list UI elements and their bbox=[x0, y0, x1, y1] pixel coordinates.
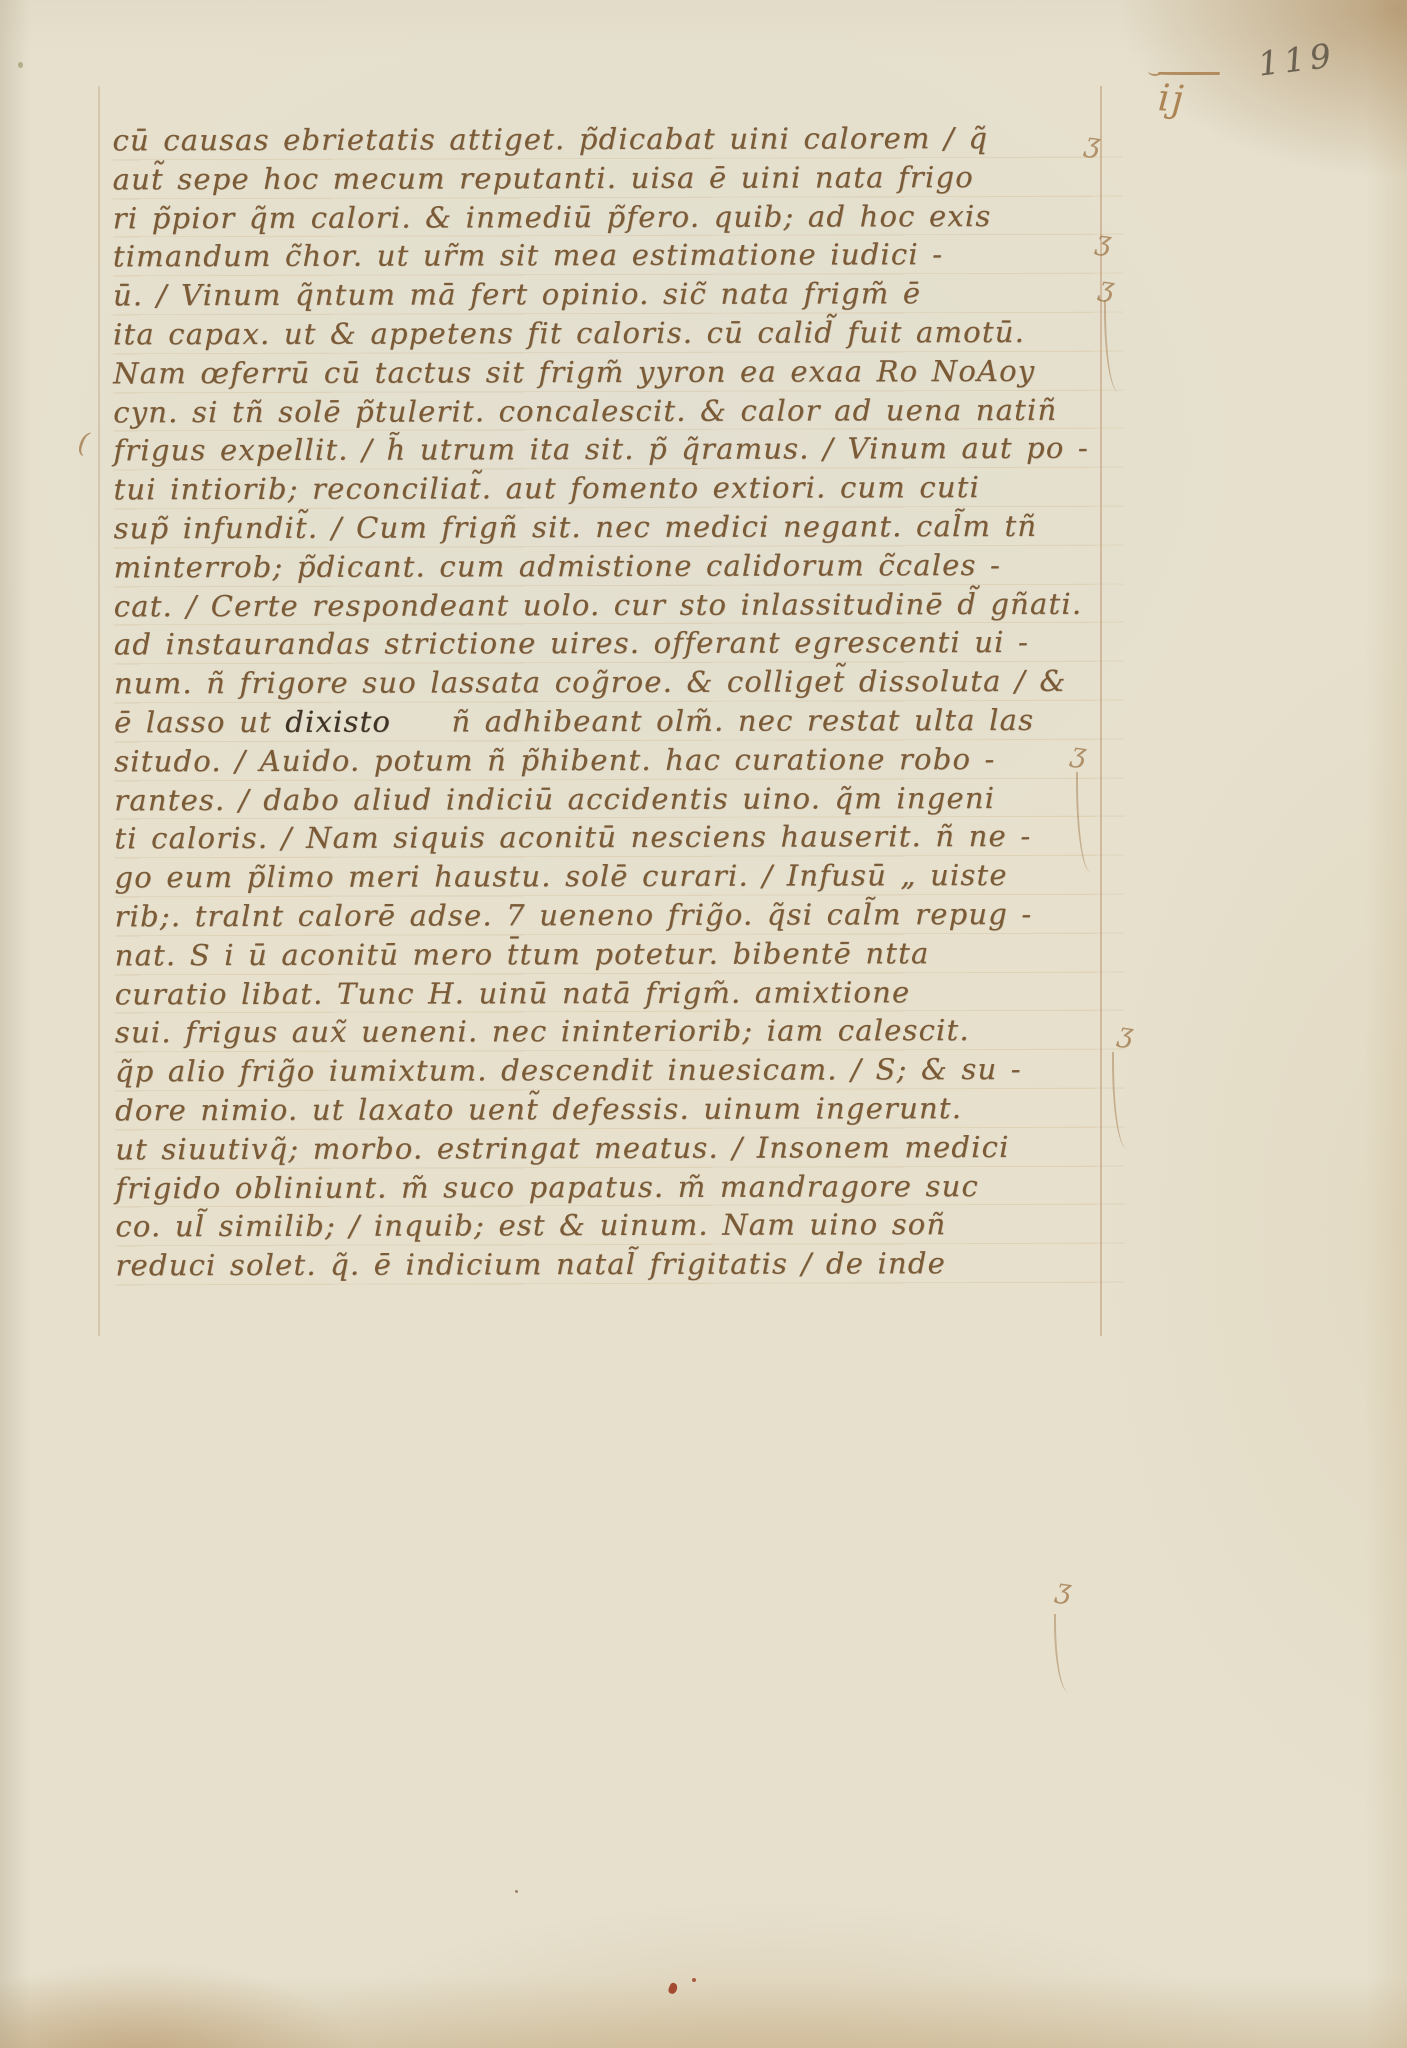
text-line: rib;. tralnt calorē adse. 7 ueneno frig̃… bbox=[115, 895, 1125, 936]
manuscript-page: 119 ij cū causas ebrietatis attiget. p̃d… bbox=[0, 0, 1407, 2048]
folio-number: 119 bbox=[1256, 35, 1338, 83]
text-line: frigus expellit. / h̃ utrum ita sit. p̃ … bbox=[113, 429, 1123, 470]
text-line: ū. / Vinum q̃ntum mā fert opinio. sic̃ n… bbox=[113, 274, 1123, 315]
margin-correction-mark: ʒ bbox=[1054, 1573, 1073, 1606]
text-line: aut̃ sepe hoc mecum reputanti. uisa ē ui… bbox=[113, 157, 1123, 198]
text-line: ti caloris. / Nam siquis aconitū nescien… bbox=[114, 817, 1124, 858]
text-line: go eum p̃limo meri haustu. solē curari. … bbox=[114, 856, 1124, 897]
margin-flourish-stroke bbox=[1054, 1614, 1070, 1692]
text-line: nat. S i ū aconitū mero t̄tum potetur. b… bbox=[115, 933, 1125, 974]
text-segment: ē lasso ut bbox=[114, 705, 285, 739]
text-line: ut siuutivq̃; morbo. estringat meatus. /… bbox=[115, 1127, 1125, 1168]
red-ink-speck-small bbox=[692, 1978, 696, 1982]
text-segment-dark-ink: dixisto bbox=[285, 705, 391, 739]
parchment-speck bbox=[18, 62, 23, 68]
quire-tick-flourish bbox=[1148, 66, 1162, 76]
red-ink-speck bbox=[667, 1982, 679, 1995]
quire-overbar bbox=[1158, 72, 1220, 75]
text-line: reduci solet. q̃. ē indicium natal̃ frig… bbox=[115, 1244, 1125, 1285]
text-line: frigido obliniunt. m̃ suco papatus. m̃ m… bbox=[115, 1166, 1125, 1207]
text-line: rantes. / dabo aliud indiciū accidentis … bbox=[114, 778, 1124, 819]
text-line: situdo. / Auido. potum ñ p̃hibent. hac c… bbox=[114, 739, 1124, 780]
text-line: tui intiorib; reconciliat̃. aut fomento … bbox=[113, 468, 1123, 509]
text-line: co. ul̃ similib; / inquib; est & uinum. … bbox=[115, 1205, 1125, 1246]
margin-correction-mark: ʒ bbox=[1116, 1017, 1135, 1050]
text-line: ita capax. ut & appetens fit caloris. cū… bbox=[113, 313, 1123, 354]
text-line: Nam œferrū cū tactus sit frigm̃ yyron ea… bbox=[113, 351, 1123, 392]
text-line: ē lasso ut dixisto ñ adhibeant olm̃. nec… bbox=[114, 701, 1124, 742]
text-line: ad instaurandas strictione uires. offera… bbox=[114, 623, 1124, 664]
text-line: cyn. si tñ solē p̃tulerit. concalescit. … bbox=[113, 390, 1123, 431]
text-line: minterrob; p̃dicant. cum admistione cali… bbox=[114, 545, 1124, 586]
quire-signature-label: ij bbox=[1157, 78, 1187, 120]
text-line: sui. frigus aux̃ ueneni. nec ininteriori… bbox=[115, 1011, 1125, 1052]
text-line: num. ñ frigore suo lassata cog̃roe. & co… bbox=[114, 662, 1124, 703]
quire-signature: ij bbox=[1158, 72, 1220, 119]
text-line: dore nimio. ut laxato uent̃ defessis. ui… bbox=[115, 1089, 1125, 1130]
text-line: q̃p alio frig̃o iumixtum. descendit inue… bbox=[115, 1050, 1125, 1091]
text-segment: ñ adhibeant olm̃. nec restat ulta las bbox=[451, 703, 1034, 739]
text-block: cū causas ebrietatis attiget. p̃dicabat … bbox=[112, 119, 1125, 1286]
text-line: cat. / Certe respondeant uolo. cur sto i… bbox=[114, 584, 1124, 625]
text-line: curatio libat. Tunc H. uinū natā frigm̃.… bbox=[115, 972, 1125, 1013]
ruling-line-left bbox=[98, 86, 100, 1336]
text-line: timandum c̃hor. ut ur̃m sit mea estimati… bbox=[113, 235, 1123, 276]
text-segment bbox=[391, 704, 451, 738]
text-line: ri p̃pior q̃m calori. & inmediū p̃fero. … bbox=[113, 196, 1123, 237]
text-line: cū causas ebrietatis attiget. p̃dicabat … bbox=[112, 119, 1122, 160]
text-line: sup̃ infundit̃. / Cum frigñ sit. nec med… bbox=[113, 507, 1123, 548]
margin-correction-mark: ( bbox=[76, 427, 91, 459]
ink-dot bbox=[515, 1890, 518, 1893]
